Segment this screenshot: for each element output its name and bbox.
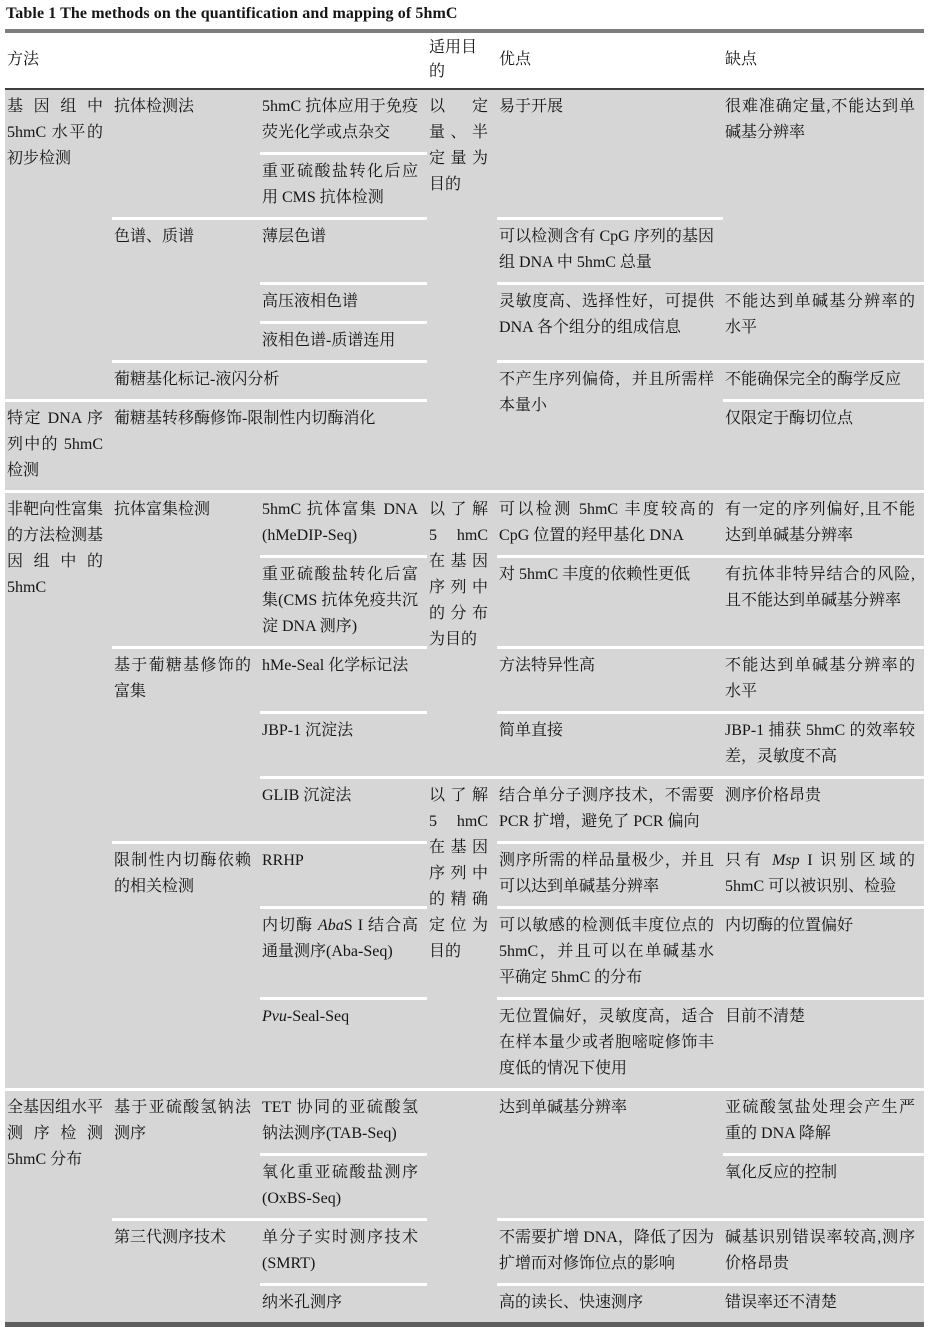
cell-disadvantage: 不能确保完全的酶学反应: [723, 362, 924, 401]
cell-method: 纳米孔测序: [260, 1285, 427, 1325]
table-row: 非靶向性富集的方法检测基因组中的 5hmC 抗体富集检测 5hmC 抗体富集 D…: [5, 492, 924, 557]
cell-group: 基因组中 5hmC 水平的初步检测: [5, 89, 112, 401]
cell-disadvantage: 亚硫酸氢盐处理会产生严重的 DNA 降解: [723, 1090, 924, 1155]
cell-method: JBP-1 沉淀法: [260, 713, 427, 778]
header-method: 方法: [5, 31, 427, 89]
cell-advantage: 测序所需的样品量极少，并且可以达到单碱基分辨率: [497, 843, 723, 908]
cell-group: 特定 DNA 序列中的 5hmC 检测: [5, 401, 112, 492]
cell-purpose: 以了解 5 hmC 在基因序列中的分布为目的: [427, 492, 497, 778]
cell-advantage: 对 5hmC 丰度的依赖性更低: [497, 557, 723, 648]
cell-method: 葡糖基转移酶修饰-限制性内切酶消化: [112, 401, 427, 492]
cell-disadvantage: JBP-1 捕获 5hmC 的效率较差，灵敏度不高: [723, 713, 924, 778]
cell-subgroup: 基于亚硫酸氢钠法测序: [112, 1090, 260, 1220]
cell-purpose: 以了解 5 hmC 在基因序列中的精确定位为目的: [427, 778, 497, 1090]
cell-method: 5hmC 抗体富集 DNA (hMeDIP-Seq): [260, 492, 427, 557]
table-row: 基因组中 5hmC 水平的初步检测 抗体检测法 5hmC 抗体应用于免疫荧光化学…: [5, 89, 924, 154]
gene-name-italic: Msp: [772, 852, 800, 869]
cell-method: 葡糖基化标记-液闪分析: [112, 362, 427, 401]
cell-advantage: 不产生序列偏倚，并且所需样本量小: [497, 362, 723, 492]
cell-disadvantage: 碱基识别错误率较高,测序价格昂贵: [723, 1220, 924, 1285]
gene-name-italic: Aba: [318, 917, 344, 934]
cell-method: 5hmC 抗体应用于免疫荧光化学或点杂交: [260, 89, 427, 154]
cell-subgroup: 基于葡糖基修饰的富集: [112, 648, 260, 843]
paper-page: Table 1 The methods on the quantificatio…: [0, 0, 928, 1327]
method-text: -Seal-Seq: [287, 1008, 349, 1025]
cell-subgroup: 抗体富集检测: [112, 492, 260, 648]
cell-advantage: 不需要扩增 DNA，降低了因为扩增而对修饰位点的影响: [497, 1220, 723, 1285]
cell-method: 薄层色谱: [260, 219, 427, 284]
cell-purpose-empty: [427, 1090, 497, 1325]
cell-subgroup: 第三代测序技术: [112, 1220, 260, 1325]
cell-advantage: 简单直接: [497, 713, 723, 778]
table-row: 全基因组水平测序检测 5hmC 分布 基于亚硫酸氢钠法测序 TET 协同的亚硫酸…: [5, 1090, 924, 1155]
table-header: 方法 适用目的 优点 缺点: [5, 31, 924, 89]
cell-purpose: 以定量、半定量为目的: [427, 89, 497, 492]
cell-disadvantage: 目前不清楚: [723, 999, 924, 1090]
method-text: 内切酶: [262, 917, 318, 934]
cell-disadvantage: 仅限定于酶切位点: [723, 401, 924, 492]
cell-method: hMe-Seal 化学标记法: [260, 648, 427, 713]
cell-disadvantage: 不能达到单碱基分辨率的水平: [723, 284, 924, 362]
cell-disadvantage: 只有 Msp I 识别区域的 5hmC 可以被识别、检验: [723, 843, 924, 908]
cell-disadvantage: 有抗体非特异结合的风险,且不能达到单碱基分辨率: [723, 557, 924, 648]
cell-advantage: 可以敏感的检测低丰度位点的 5hmC，并且可以在单碱基水平确定 5hmC 的分布: [497, 908, 723, 999]
cell-disadvantage: 内切酶的位置偏好: [723, 908, 924, 999]
cell-disadvantage: 很难准确定量,不能达到单碱基分辨率: [723, 89, 924, 284]
cell-group: 非靶向性富集的方法检测基因组中的 5hmC: [5, 492, 112, 1090]
cell-method: 重亚硫酸盐转化后富集(CMS 抗体免疫共沉淀 DNA 测序): [260, 557, 427, 648]
header-disadvantages: 缺点: [723, 31, 924, 89]
cell-method: 单分子实时测序技术(SMRT): [260, 1220, 427, 1285]
cell-advantage: 达到单碱基分辨率: [497, 1090, 723, 1220]
cell-method: 液相色谱-质谱连用: [260, 323, 427, 362]
cell-advantage: 灵敏度高、选择性好，可提供 DNA 各个组分的组成信息: [497, 284, 723, 362]
cell-group: 全基因组水平测序检测 5hmC 分布: [5, 1090, 112, 1325]
cell-method: 氧化重亚硫酸盐测序(OxBS-Seq): [260, 1155, 427, 1220]
disadvantage-text: 只有: [725, 852, 772, 869]
cell-subgroup: 限制性内切酶依赖的相关检测: [112, 843, 260, 1090]
cell-advantage: 高的读长、快速测序: [497, 1285, 723, 1325]
header-advantages: 优点: [497, 31, 723, 89]
cell-method: TET 协同的亚硫酸氢钠法测序(TAB-Seq): [260, 1090, 427, 1155]
cell-disadvantage: 氧化反应的控制: [723, 1155, 924, 1220]
cell-subgroup: 抗体检测法: [112, 89, 260, 219]
header-purpose: 适用目的: [427, 31, 497, 89]
cell-method: 高压液相色谱: [260, 284, 427, 323]
cell-method: 重亚硫酸盐转化后应用 CMS 抗体检测: [260, 154, 427, 219]
cell-method: 内切酶 AbaS I 结合高通量测序(Aba-Seq): [260, 908, 427, 999]
cell-method: RRHP: [260, 843, 427, 908]
table-title: Table 1 The methods on the quantificatio…: [5, 1, 924, 29]
cell-advantage: 可以检测 5hmC 丰度较高的 CpG 位置的羟甲基化 DNA: [497, 492, 723, 557]
cell-disadvantage: 不能达到单碱基分辨率的水平: [723, 648, 924, 713]
cell-subgroup: 色谱、质谱: [112, 219, 260, 362]
cell-advantage: 无位置偏好，灵敏度高，适合在样本量少或者胞嘧啶修饰丰度低的情况下使用: [497, 999, 723, 1090]
cell-advantage: 易于开展: [497, 89, 723, 219]
gene-name-italic: Pvu: [262, 1008, 287, 1025]
cell-method: GLIB 沉淀法: [260, 778, 427, 843]
cell-disadvantage: 测序价格昂贵: [723, 778, 924, 843]
cell-advantage: 可以检测含有 CpG 序列的基因组 DNA 中 5hmC 总量: [497, 219, 723, 284]
cell-disadvantage: 错误率还不清楚: [723, 1285, 924, 1325]
cell-disadvantage: 有一定的序列偏好,且不能达到单碱基分辨率: [723, 492, 924, 557]
methods-table: 方法 适用目的 优点 缺点 基因组中 5hmC 水平的初步检测 抗体检测法 5h…: [5, 29, 924, 1327]
cell-advantage: 方法特异性高: [497, 648, 723, 713]
cell-advantage: 结合单分子测序技术，不需要 PCR 扩增，避免了 PCR 偏向: [497, 778, 723, 843]
cell-method: Pvu-Seal-Seq: [260, 999, 427, 1090]
